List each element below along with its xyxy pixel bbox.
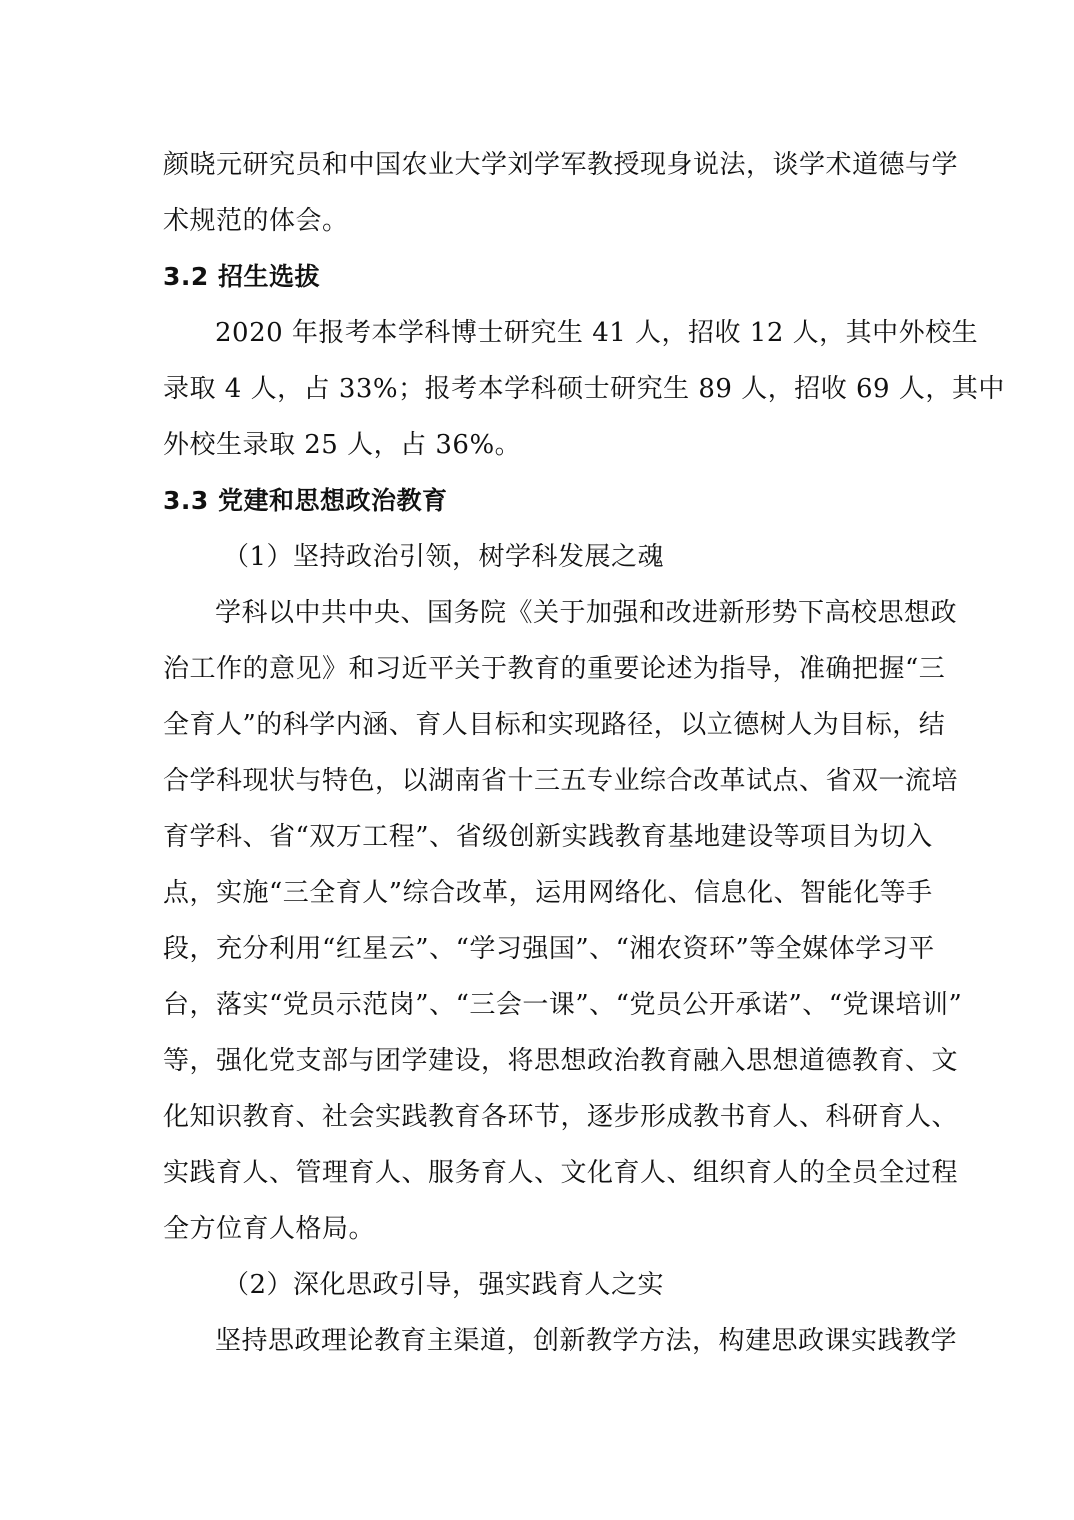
subheading-2: （2）深化思政引导，强实践育人之实 [163,1257,913,1313]
text-line: 治工作的意见》和习近平关于教育的重要论述为指导，准确把握“三 [163,641,913,697]
text-line: 坚持思政理论教育主渠道，创新教学方法，构建思政课实践教学 [163,1313,913,1369]
document-page: 颜晓元研究员和中国农业大学刘学军教授现身说法，谈学术道德与学 术规范的体会。 3… [163,137,913,1369]
practice-education-paragraph: 坚持思政理论教育主渠道，创新教学方法，构建思政课实践教学 [163,1313,913,1369]
political-guidance-paragraph: 学科以中共中央、国务院《关于加强和改进新形势下高校思想政 治工作的意见》和习近平… [163,585,913,1257]
text-line: 学科以中共中央、国务院《关于加强和改进新形势下高校思想政 [163,585,913,641]
text-line: 术规范的体会。 [163,193,913,249]
text-line: 点，实施“三全育人”综合改革，运用网络化、信息化、智能化等手 [163,865,913,921]
section-heading-3-2: 3.2 招生选拔 [163,249,913,305]
text-line: 实践育人、管理育人、服务育人、文化育人、组织育人的全员全过程 [163,1145,913,1201]
text-line: 全方位育人格局。 [163,1201,913,1257]
text-line: 段，充分利用“红星云”、“学习强国”、“湘农资环”等全媒体学习平 [163,921,913,977]
text-line: 全育人”的科学内涵、育人目标和实现路径，以立德树人为目标，结 [163,697,913,753]
continuation-paragraph: 颜晓元研究员和中国农业大学刘学军教授现身说法，谈学术道德与学 术规范的体会。 [163,137,913,249]
text-line: 合学科现状与特色，以湖南省十三五专业综合改革试点、省双一流培 [163,753,913,809]
subheading-1: （1）坚持政治引领，树学科发展之魂 [163,529,913,585]
text-line: 录取 4 人，占 33%；报考本学科硕士研究生 89 人，招收 69 人，其中 [163,361,913,417]
admissions-paragraph: 2020 年报考本学科博士研究生 41 人，招收 12 人，其中外校生 录取 4… [163,305,913,473]
text-line: 颜晓元研究员和中国农业大学刘学军教授现身说法，谈学术道德与学 [163,137,913,193]
text-line: 2020 年报考本学科博士研究生 41 人，招收 12 人，其中外校生 [163,305,913,361]
text-line: 外校生录取 25 人，占 36%。 [163,417,913,473]
text-line: 等，强化党支部与团学建设，将思想政治教育融入思想道德教育、文 [163,1033,913,1089]
text-line: 育学科、省“双万工程”、省级创新实践教育基地建设等项目为切入 [163,809,913,865]
section-heading-3-3: 3.3 党建和思想政治教育 [163,473,913,529]
text-line: 台，落实“党员示范岗”、“三会一课”、“党员公开承诺”、“党课培训” [163,977,913,1033]
text-line: 化知识教育、社会实践教育各环节，逐步形成教书育人、科研育人、 [163,1089,913,1145]
